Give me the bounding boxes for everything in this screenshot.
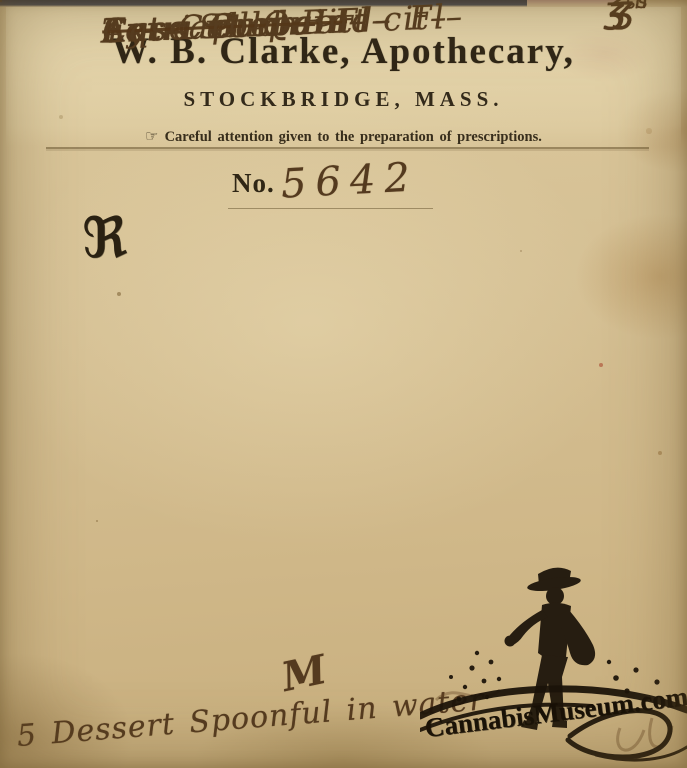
qty-symbol: ℥ (603, 0, 627, 31)
paper-stain-specks (0, 0, 2, 2)
prescription-document: W. B. Clarke, Apothecary, STOCKBRIDGE, M… (0, 0, 687, 768)
number-label: No. (232, 168, 275, 199)
manicule-icon: ☞ (145, 127, 158, 145)
business-location: STOCKBRIDGE, MASS. (6, 87, 681, 112)
tagline-text: Careful attention given to the preparati… (165, 129, 542, 145)
number-underline (228, 208, 433, 209)
qty-amount: ss (625, 0, 650, 14)
letterhead-divider-line (46, 147, 649, 149)
line-qty: ℥ss (603, 0, 651, 31)
number-value: 5642 (280, 154, 420, 207)
mix-mark: M (278, 646, 331, 701)
tagline: ☞Careful attention given to the preparat… (6, 127, 681, 146)
rx-symbol: ℜ (82, 206, 128, 271)
prescription-number-row: No. 5642 (232, 158, 419, 204)
